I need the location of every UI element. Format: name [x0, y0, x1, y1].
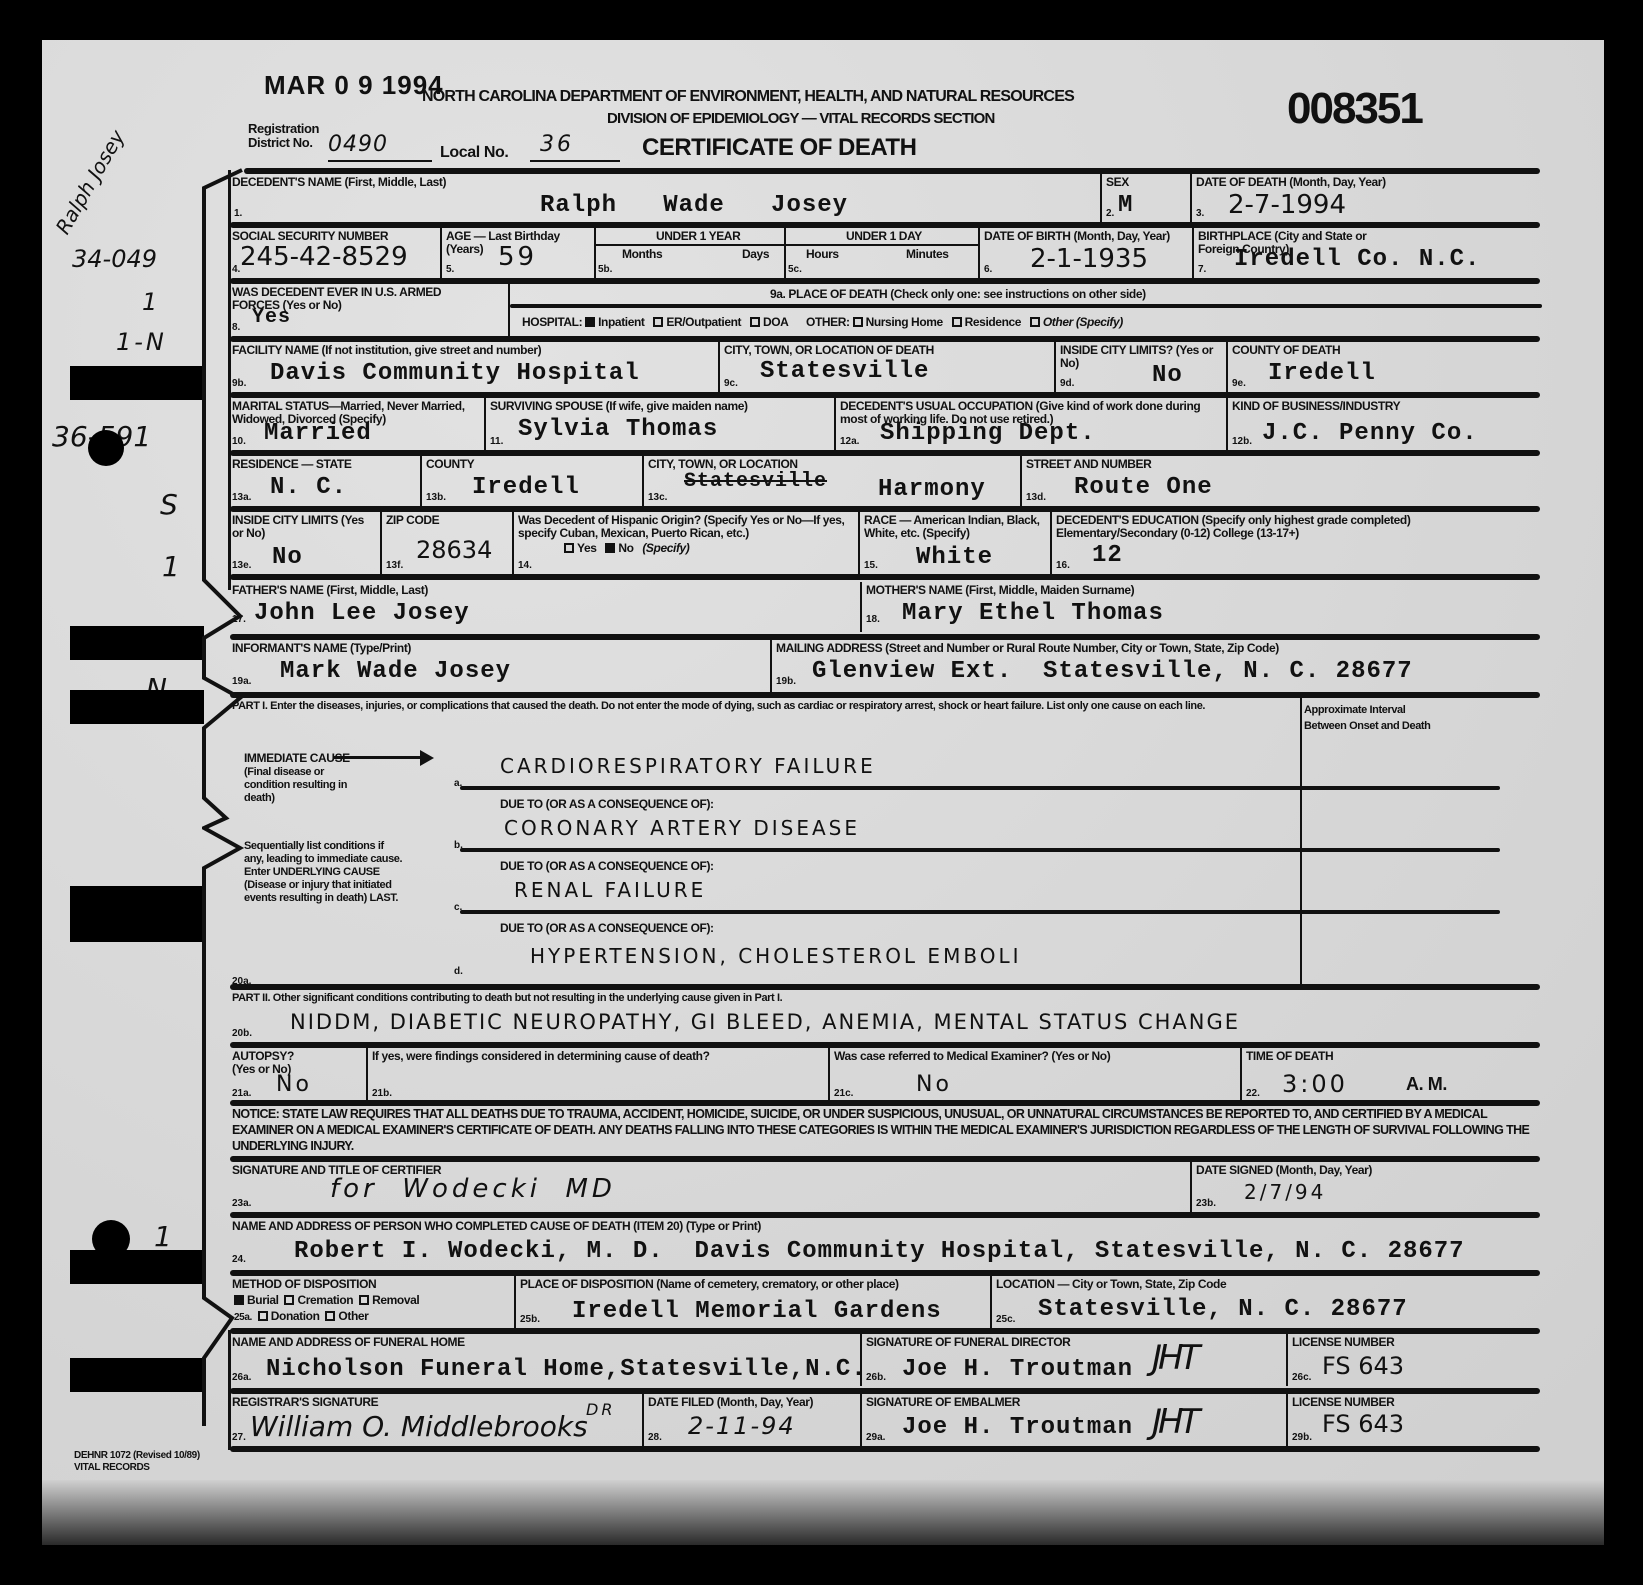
- margin-note-code: 34-049: [72, 245, 157, 273]
- margin-note-name: Ralph Josey: [51, 126, 130, 239]
- place-inpatient-checkbox[interactable]: Inpatient: [585, 315, 644, 329]
- margin-note-1n: 1-N: [116, 328, 167, 356]
- cause-of-death-part2: PART II. Other significant conditions co…: [230, 990, 1540, 1042]
- certificate-number: 008351: [1287, 84, 1422, 134]
- race-field: RACE — American Indian, Black, White, et…: [860, 512, 1050, 574]
- under-1-day-field: UNDER 1 DAY Hours Minutes 5c.: [786, 228, 978, 278]
- medical-examiner-field: Was case referred to Medical Examiner? (…: [830, 1048, 1240, 1100]
- embalmer-license-field: LICENSE NUMBER 29b. FS 643: [1288, 1394, 1542, 1446]
- interval-column: Approximate Interval Between Onset and D…: [1304, 702, 1504, 762]
- embalmer-field: SIGNATURE OF EMBALMER 29a. Joe H. Troutm…: [862, 1394, 1286, 1446]
- place-er-outpatient-checkbox[interactable]: ER/Outpatient: [653, 315, 741, 329]
- local-value: 36: [540, 132, 574, 157]
- disposition-burial-checkbox[interactable]: Burial: [234, 1293, 279, 1307]
- cause-line-b: CORONARY ARTERY DISEASE: [504, 816, 860, 840]
- county-field: COUNTY 13b. Iredell: [422, 456, 642, 506]
- residence-state-field: RESIDENCE — STATE 13a. N. C.: [230, 456, 420, 506]
- hispanic-yes-checkbox[interactable]: Yes: [564, 541, 597, 555]
- notice-text: NOTICE: STATE LAW REQUIRES THAT ALL DEAT…: [230, 1106, 1540, 1156]
- surviving-spouse-field: SURVIVING SPOUSE (If wife, give maiden n…: [486, 398, 834, 450]
- cause-of-death-part1: PART I. Enter the diseases, injuries, or…: [230, 698, 1288, 988]
- embalmer-signature: JHT: [1152, 1402, 1196, 1442]
- usual-occupation-field: DECEDENT'S USUAL OCCUPATION (Give kind o…: [836, 398, 1226, 450]
- margin-note-1c: 1: [154, 1220, 175, 1253]
- place-other-checkbox[interactable]: Other (Specify): [1030, 315, 1123, 329]
- cause-line-d: HYPERTENSION, CHOLESTEROL EMBOLI: [530, 944, 1021, 968]
- disposition-method-field: METHOD OF DISPOSITION Burial Cremation R…: [230, 1276, 514, 1328]
- under-1-year-field: UNDER 1 YEAR Months Days 5b.: [596, 228, 784, 278]
- cause-completer-field: NAME AND ADDRESS OF PERSON WHO COMPLETED…: [230, 1218, 1540, 1268]
- local-label: Local No.: [440, 146, 508, 159]
- hispanic-no-checkbox[interactable]: No: [605, 541, 633, 555]
- place-of-death-field: 9a. PLACE OF DEATH (Check only one: see …: [510, 284, 1542, 336]
- punch-hole: [88, 430, 124, 466]
- facility-name-field: FACILITY NAME (If not institution, give …: [230, 342, 718, 392]
- disposition-other-checkbox[interactable]: Other: [325, 1309, 368, 1323]
- date-of-birth-field: DATE OF BIRTH (Month, Day, Year) 6. 2-1-…: [980, 228, 1192, 278]
- time-of-death-field: TIME OF DEATH 22. 3:00 A. M.: [1242, 1048, 1542, 1100]
- inside-city-limits-field: INSIDE CITY LIMITS (Yes or No) 13e. No: [230, 512, 380, 574]
- street-field: STREET AND NUMBER 13d. Route One: [1022, 456, 1542, 506]
- findings-field: If yes, were findings considered in dete…: [368, 1048, 828, 1100]
- residence-city-field: CITY, TOWN, OR LOCATION 13c. Statesville…: [644, 456, 1020, 506]
- registration-value: 0490: [328, 132, 388, 157]
- birthplace-field: BIRTHPLACE (City and State or Foreign Co…: [1194, 228, 1542, 278]
- informant-name-field: INFORMANT'S NAME (Type/Print) 19a. Mark …: [230, 640, 770, 692]
- marital-status-field: MARITAL STATUS—Married, Never Married, W…: [230, 398, 484, 450]
- funeral-home-field: NAME AND ADDRESS OF FUNERAL HOME 26a. Ni…: [230, 1334, 860, 1386]
- death-certificate-page: MAR 0 9 1994 NORTH CAROLINA DEPARTMENT O…: [42, 40, 1604, 1545]
- decedent-name-field: DECEDENT'S NAME (First, Middle, Last) 1.…: [230, 174, 1100, 222]
- margin-note-s: S: [160, 488, 181, 521]
- hispanic-origin-field: Was Decedent of Hispanic Origin? (Specif…: [514, 512, 858, 574]
- division-name: DIVISION OF EPIDEMIOLOGY — VITAL RECORDS…: [607, 110, 994, 127]
- certifier-signature-field: SIGNATURE AND TITLE OF CERTIFIER 23a. fo…: [230, 1162, 1190, 1212]
- margin-note-1: 1: [142, 288, 160, 316]
- age-field: AGE — Last Birthday (Years) 5. 59: [442, 228, 592, 278]
- city-of-death-field: CITY, TOWN, OR LOCATION OF DEATH 9c. Sta…: [720, 342, 1054, 392]
- disposition-removal-checkbox[interactable]: Removal: [359, 1293, 419, 1307]
- funeral-director-signature: JHT: [1152, 1338, 1196, 1378]
- disposition-donation-checkbox[interactable]: Donation: [258, 1309, 320, 1323]
- department-name: NORTH CAROLINA DEPARTMENT OF ENVIRONMENT…: [422, 88, 1074, 106]
- ssn-field: SOCIAL SECURITY NUMBER 4. 245-42-8529: [230, 228, 440, 278]
- certificate-title: CERTIFICATE OF DEATH: [642, 134, 916, 162]
- margin-note-1b: 1: [162, 550, 183, 583]
- cause-line-a: CARDIORESPIRATORY FAILURE: [500, 754, 876, 778]
- inside-city-limits-death-field: INSIDE CITY LIMITS? (Yes or No) 9d. No: [1056, 342, 1226, 392]
- education-field: DECEDENT'S EDUCATION (Specify only highe…: [1052, 512, 1542, 574]
- zip-code-field: ZIP CODE 13f. 28634: [382, 512, 512, 574]
- kind-of-business-field: KIND OF BUSINESS/INDUSTRY 12b. J.C. Penn…: [1228, 398, 1542, 450]
- cause-line-c: RENAL FAILURE: [514, 878, 706, 902]
- place-nursing-home-checkbox[interactable]: Nursing Home: [853, 315, 943, 329]
- county-of-death-field: COUNTY OF DEATH 9e. Iredell: [1228, 342, 1542, 392]
- place-residence-checkbox[interactable]: Residence: [952, 315, 1021, 329]
- sex-field: SEX 2. M: [1102, 174, 1190, 222]
- armed-forces-field: WAS DECEDENT EVER IN U.S. ARMED FORCES (…: [230, 284, 508, 336]
- date-signed-field: DATE SIGNED (Month, Day, Year) 23b. 2/7/…: [1192, 1162, 1542, 1212]
- director-license-field: LICENSE NUMBER 26c. FS 643: [1288, 1334, 1542, 1386]
- autopsy-field: AUTOPSY? (Yes or No) 21a. No: [230, 1048, 366, 1100]
- form-id: DEHNR 1072 (Revised 10/89) VITAL RECORDS: [74, 1450, 204, 1474]
- registrar-signature-field: REGISTRAR'S SIGNATURE 27. William O. Mid…: [230, 1394, 642, 1446]
- father-name-field: FATHER'S NAME (First, Middle, Last) 17. …: [230, 582, 858, 632]
- disposition-cremation-checkbox[interactable]: Cremation: [284, 1293, 353, 1307]
- place-doa-checkbox[interactable]: DOA: [750, 315, 788, 329]
- disposition-place-field: PLACE OF DISPOSITION (Name of cemetery, …: [516, 1276, 990, 1328]
- mailing-address-field: MAILING ADDRESS (Street and Number or Ru…: [772, 640, 1542, 692]
- date-of-death-field: DATE OF DEATH (Month, Day, Year) 3. 2-7-…: [1192, 174, 1542, 222]
- received-stamp: MAR 0 9 1994: [264, 70, 444, 101]
- funeral-director-field: SIGNATURE OF FUNERAL DIRECTOR 26b. Joe H…: [862, 1334, 1286, 1386]
- disposition-location-field: LOCATION — City or Town, State, Zip Code…: [992, 1276, 1542, 1328]
- date-filed-field: DATE FILED (Month, Day, Year) 28. 2-11-9…: [644, 1394, 860, 1446]
- mother-name-field: MOTHER'S NAME (First, Middle, Maiden Sur…: [862, 582, 1542, 632]
